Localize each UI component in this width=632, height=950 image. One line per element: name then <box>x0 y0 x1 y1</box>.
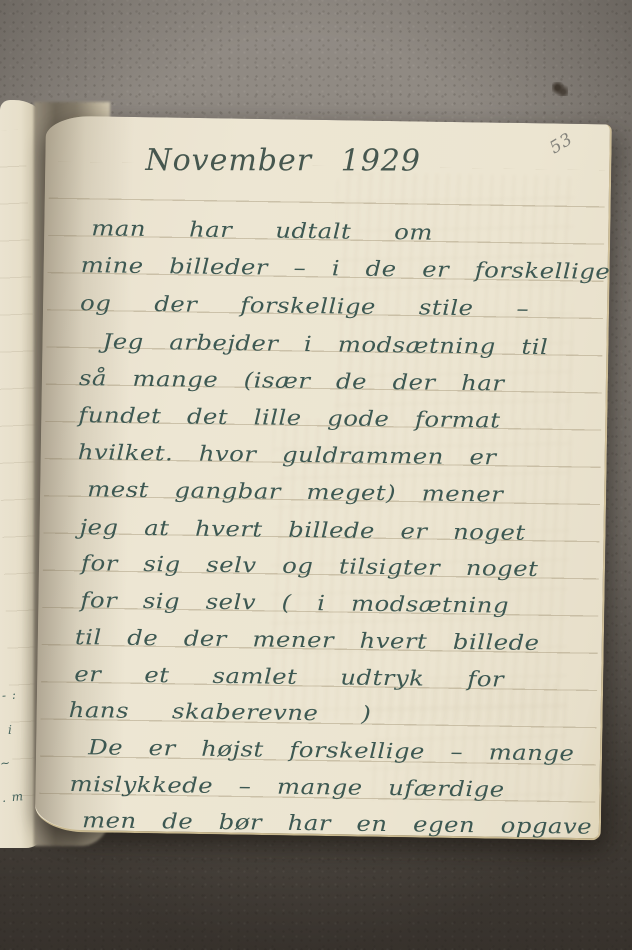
facing-page-ink-fragment: ~ <box>0 755 12 770</box>
facing-page-ink-fragment: . m <box>1 789 24 805</box>
handwritten-line: hans skaberevne ) <box>69 698 372 726</box>
notebook-page: 53 November 1929 man har udtalt om mine … <box>35 116 612 841</box>
facing-page-ink-fragment: - : <box>2 687 18 702</box>
page-number: 53 <box>546 129 577 158</box>
entry-date-heading: November 1929 <box>145 143 421 178</box>
photo-of-notebook: - : i ~ . m 53 November 1929 man har udt… <box>0 0 632 950</box>
facing-page-ink-fragment: i <box>8 723 13 737</box>
backdrop-fiber-speck <box>552 82 568 96</box>
handwritten-line: man har udtalt om <box>91 216 433 244</box>
